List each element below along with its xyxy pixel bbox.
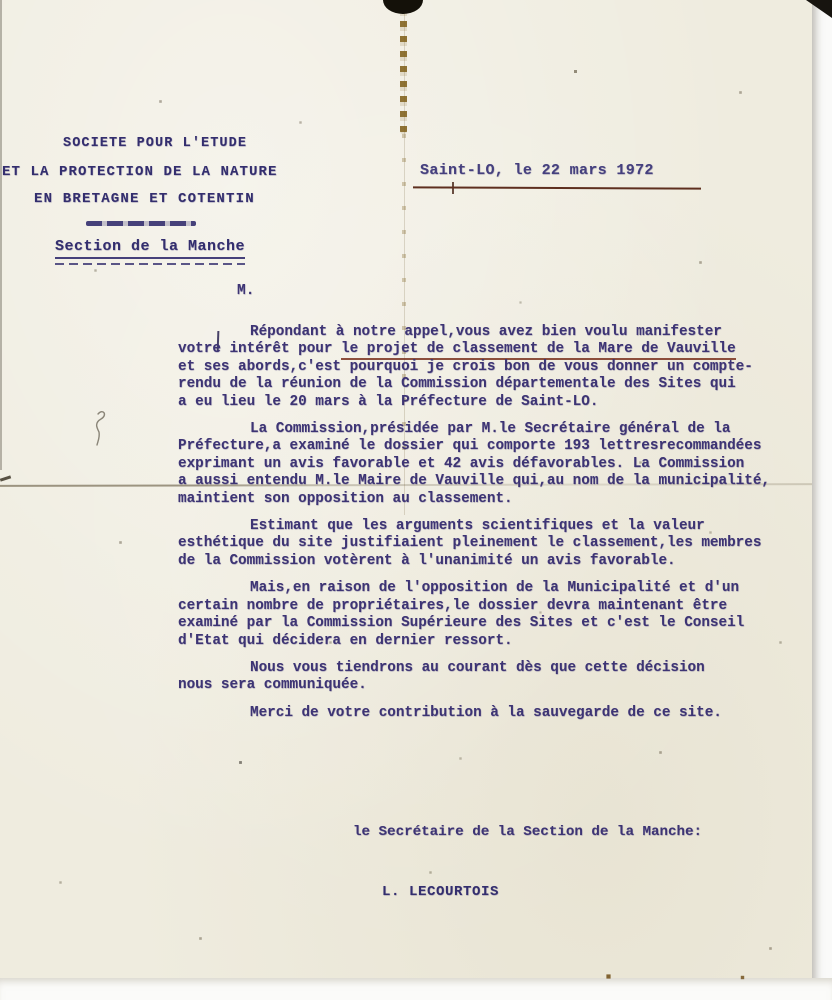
paper-speckles — [0, 0, 1, 1]
pencil-squiggle-mark — [90, 408, 110, 455]
body-line: et ses abords,c'est pourquoi je crois bo… — [178, 359, 778, 376]
body-line: exprimant un avis favorable et 42 avis d… — [178, 456, 778, 473]
paragraph-1: Répondant à notre appel,vous avez bien v… — [178, 324, 778, 411]
body-line: Préfecture,a examiné le dossier qui comp… — [178, 438, 778, 455]
dateline: Saint-LO, le 22 mars 1972 — [420, 162, 654, 179]
underlined-subject-text: le projet de classement de la Mare de Va… — [341, 341, 736, 360]
letterhead-org-line3: EN BRETAGNE ET COTENTIN — [34, 191, 255, 207]
letterhead-org-line2: ET LA PROTECTION DE LA NATURE — [2, 164, 278, 180]
body-line: certain nombre de propriétaires,le dossi… — [178, 598, 778, 615]
greeting: M. — [237, 283, 254, 299]
body-line: maintient son opposition au classement. — [178, 491, 778, 508]
signature-name: L. LECOURTOIS — [382, 884, 499, 900]
body-line: Estimant que les arguments scientifiques… — [178, 518, 778, 535]
top-right-corner-shadow — [806, 0, 832, 18]
scanner-edge-right — [812, 0, 832, 1000]
section-dashed-underline — [55, 263, 245, 265]
letter-body: Répondant à notre appel,vous avez bien v… — [178, 324, 778, 722]
scanned-letter-page: SOCIETE POUR L'ETUDE ET LA PROTECTION DE… — [0, 0, 832, 1000]
paragraph-4: Mais,en raison de l'opposition de la Mun… — [178, 580, 778, 650]
body-line: La Commission,présidée par M.le Secrétai… — [178, 421, 778, 438]
body-line: de la Commission votèrent à l'unanimité … — [178, 553, 778, 570]
paragraph-6: Merci de votre contribution à la sauvega… — [178, 705, 778, 722]
body-line: votre intérêt pour le projet de classeme… — [178, 341, 778, 358]
letterhead-org-line1: SOCIETE POUR L'ETUDE — [63, 136, 247, 151]
letterhead-divider-bar — [86, 221, 196, 226]
body-line: a aussi entendu M.le Maire de Vauville q… — [178, 473, 778, 490]
body-line: a eu lieu le 20 mars à la Préfecture de … — [178, 394, 778, 411]
signature-role: le Secrétaire de la Section de la Manche… — [353, 824, 702, 840]
body-line: Mais,en raison de l'opposition de la Mun… — [178, 580, 778, 597]
paragraph-2: La Commission,présidée par M.le Secrétai… — [178, 421, 778, 508]
body-line: d'Etat qui décidera en dernier ressort. — [178, 633, 778, 650]
paragraph-3: Estimant que les arguments scientifiques… — [178, 518, 778, 570]
paper-left-edge-line — [0, 0, 2, 470]
body-line: esthétique du site justifiaient pleineme… — [178, 535, 778, 552]
vertical-fold-stain-top — [400, 6, 407, 134]
letterhead-section-name: Section de la Manche — [55, 238, 245, 259]
paragraph-5: Nous vous tiendrons au courant dès que c… — [178, 660, 778, 695]
body-line: Répondant à notre appel,vous avez bien v… — [178, 324, 778, 341]
body-line: Merci de votre contribution à la sauvega… — [178, 705, 778, 722]
body-line: rendu de la réunion de la Commission dép… — [178, 376, 778, 393]
body-line: Nous vous tiendrons au courant dès que c… — [178, 660, 778, 677]
scanner-edge-bottom — [0, 978, 832, 1000]
body-line: examiné par la Commission Supérieure des… — [178, 615, 778, 632]
body-line: nous sera communiquée. — [178, 677, 778, 694]
body-text: votre intérêt pour — [178, 341, 341, 357]
